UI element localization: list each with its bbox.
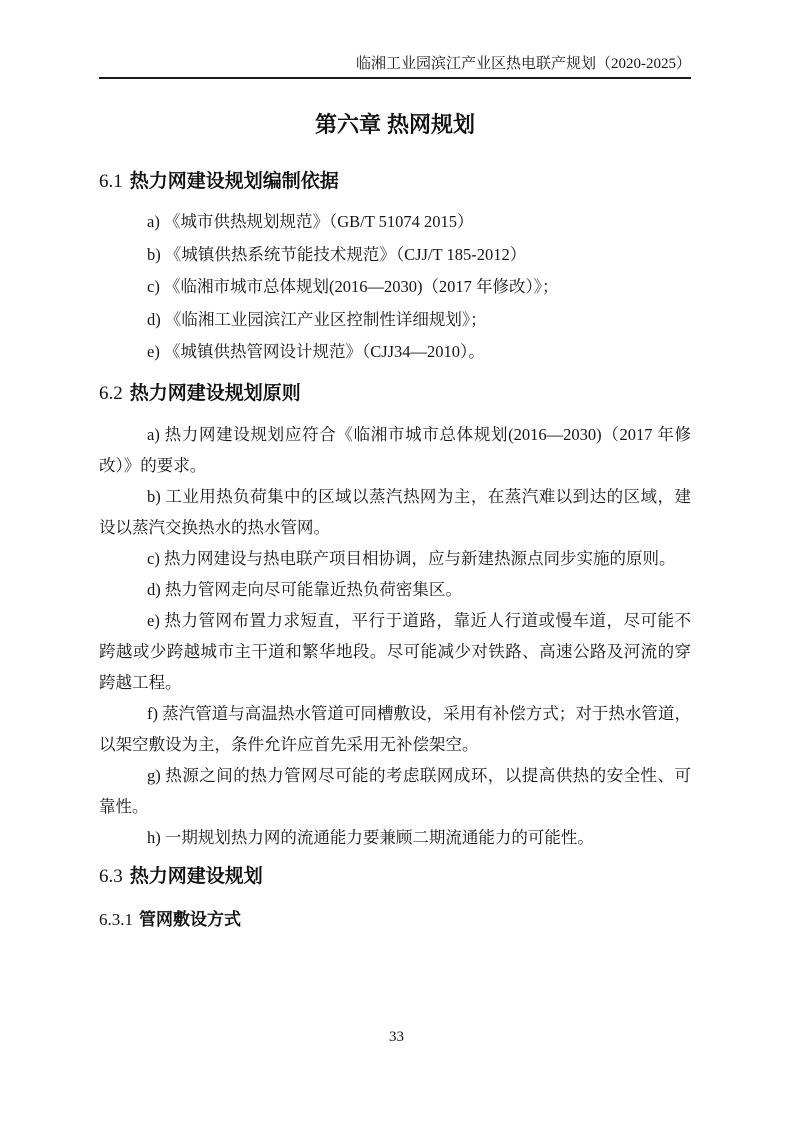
- paragraph: a) 热力网建设规划应符合《临湘市城市总体规划(2016—2030)（2017 …: [99, 419, 691, 481]
- section-title: 热力网建设规划原则: [130, 383, 301, 404]
- section-title: 热力网建设规划编制依据: [130, 171, 339, 192]
- subsection-title: 管网敷设方式: [139, 910, 241, 929]
- reference-item: d) 《临湘工业园滨江产业区控制性详细规划》；: [99, 304, 691, 337]
- reference-item: e) 《城镇供热管网设计规范》（CJJ34—2010）。: [99, 336, 691, 369]
- running-header: 临湘工业园滨江产业区热电联产规划（2020-2025）: [99, 56, 691, 79]
- section-heading-6-2: 6.2热力网建设规划原则: [99, 382, 691, 406]
- subsection-number: 6.3.1: [99, 910, 133, 929]
- page-content: 临湘工业园滨江产业区热电联产规划（2020-2025） 第六章 热网规划 6.1…: [99, 56, 691, 931]
- chapter-title: 第六章 热网规划: [99, 110, 691, 140]
- reference-item: c) 《临湘市城市总体规划(2016—2030)（2017 年修改）》；: [99, 271, 691, 304]
- paragraph: c) 热力网建设与热电联产项目相协调，应与新建热源点同步实施的原则。: [99, 543, 691, 574]
- paragraph: b) 工业用热负荷集中的区域以蒸汽热网为主，在蒸汽难以到达的区域，建设以蒸汽交换…: [99, 481, 691, 543]
- section-heading-6-3: 6.3热力网建设规划: [99, 865, 691, 889]
- paragraph: f) 蒸汽管道与高温热水管道可同槽敷设，采用有补偿方式；对于热水管道，以架空敷设…: [99, 698, 691, 760]
- paragraph: d) 热力管网走向尽可能靠近热负荷密集区。: [99, 574, 691, 605]
- document-page: 临湘工业园滨江产业区热电联产规划（2020-2025） 第六章 热网规划 6.1…: [0, 0, 793, 1122]
- paragraph: h) 一期规划热力网的流通能力要兼顾二期流通能力的可能性。: [99, 822, 691, 853]
- section-number: 6.3: [99, 866, 123, 887]
- reference-item: b) 《城镇供热系统节能技术规范》（CJJ/T 185-2012）: [99, 239, 691, 272]
- section-title: 热力网建设规划: [130, 866, 263, 887]
- page-number: 33: [0, 1028, 793, 1046]
- subsection-heading-6-3-1: 6.3.1管网敷设方式: [99, 909, 691, 931]
- section-number: 6.1: [99, 171, 123, 192]
- principles-paragraphs: a) 热力网建设规划应符合《临湘市城市总体规划(2016—2030)（2017 …: [99, 419, 691, 853]
- paragraph: g) 热源之间的热力管网尽可能的考虑联网成环，以提高供热的安全性、可靠性。: [99, 760, 691, 822]
- paragraph: e) 热力管网布置力求短直，平行于道路，靠近人行道或慢车道，尽可能不跨越或少跨越…: [99, 605, 691, 698]
- reference-item: a) 《城市供热规划规范》（GB/T 51074 2015）: [99, 206, 691, 239]
- running-header-title: 临湘工业园滨江产业区热电联产规划（2020-2025）: [356, 56, 691, 72]
- section-heading-6-1: 6.1热力网建设规划编制依据: [99, 170, 691, 194]
- section-number: 6.2: [99, 383, 123, 404]
- reference-list: a) 《城市供热规划规范》（GB/T 51074 2015） b) 《城镇供热系…: [99, 206, 691, 369]
